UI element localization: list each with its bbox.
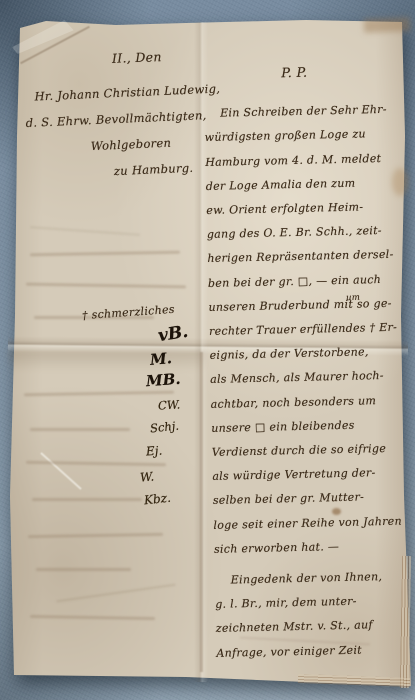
margin-initial-signature: Schj. — [149, 419, 179, 436]
salutation: P. P. — [281, 59, 408, 86]
margin-initial-signature: W. — [139, 469, 154, 484]
body-line: Ein Schreiben der Sehr Ehr- — [204, 98, 408, 127]
body-line: Anfrage, vor einiger Zeit — [216, 637, 415, 666]
body-line: loge seit einer Reihe von Jahren — [213, 509, 415, 538]
margin-initial-signature: MB. — [145, 370, 181, 390]
interline-insertion: um — [346, 293, 360, 303]
body-line: sich erworben hat. — — [214, 533, 415, 562]
photo-of-handwritten-letter: II., Den Hr. Johann Christian Ludewig, d… — [0, 0, 415, 700]
body-line: Hamburg vom 4. d. M. meldet — [205, 146, 409, 175]
margin-initial-signature: Ej. — [146, 443, 163, 458]
registry-mark: II., Den — [112, 49, 162, 66]
margin-initial-signature: Kbz. — [143, 491, 171, 508]
body-line: als Mensch, als Maurer hoch- — [210, 364, 414, 393]
body-line: rechter Trauer erfüllendes † Er- — [209, 315, 413, 344]
margin-initial-signature: CW. — [158, 397, 181, 412]
letter-body-column: P. P. Ein Schreiben der Sehr Ehr- würdig… — [203, 59, 415, 665]
address-block: Hr. Johann Christian Ludewig, d. S. Ehrw… — [24, 75, 224, 187]
body-line: herigen Repräsentanten dersel- — [207, 243, 411, 272]
body-line: Verdienst durch die so eifrige — [212, 436, 415, 465]
margin-initial-signature: M. — [149, 349, 172, 369]
